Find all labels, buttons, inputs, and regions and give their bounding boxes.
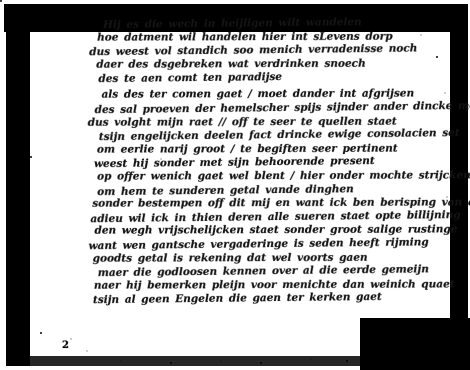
page-mark: 2	[62, 340, 69, 351]
scan-border-left	[6, 4, 30, 366]
scan-noise-speckles	[0, 0, 2, 2]
manuscript-line: tsijn al geen Engelen die gaen ter kerke…	[93, 290, 467, 308]
manuscript-line: des te aen comt ten paradijse	[98, 69, 465, 87]
scanned-manuscript-page: Hij es die wech in heijligen wilt wandel…	[0, 0, 470, 370]
scan-border-bottom-smear	[20, 356, 380, 366]
manuscript-text-block: Hij es die wech in heijligen wilt wandel…	[85, 16, 467, 308]
